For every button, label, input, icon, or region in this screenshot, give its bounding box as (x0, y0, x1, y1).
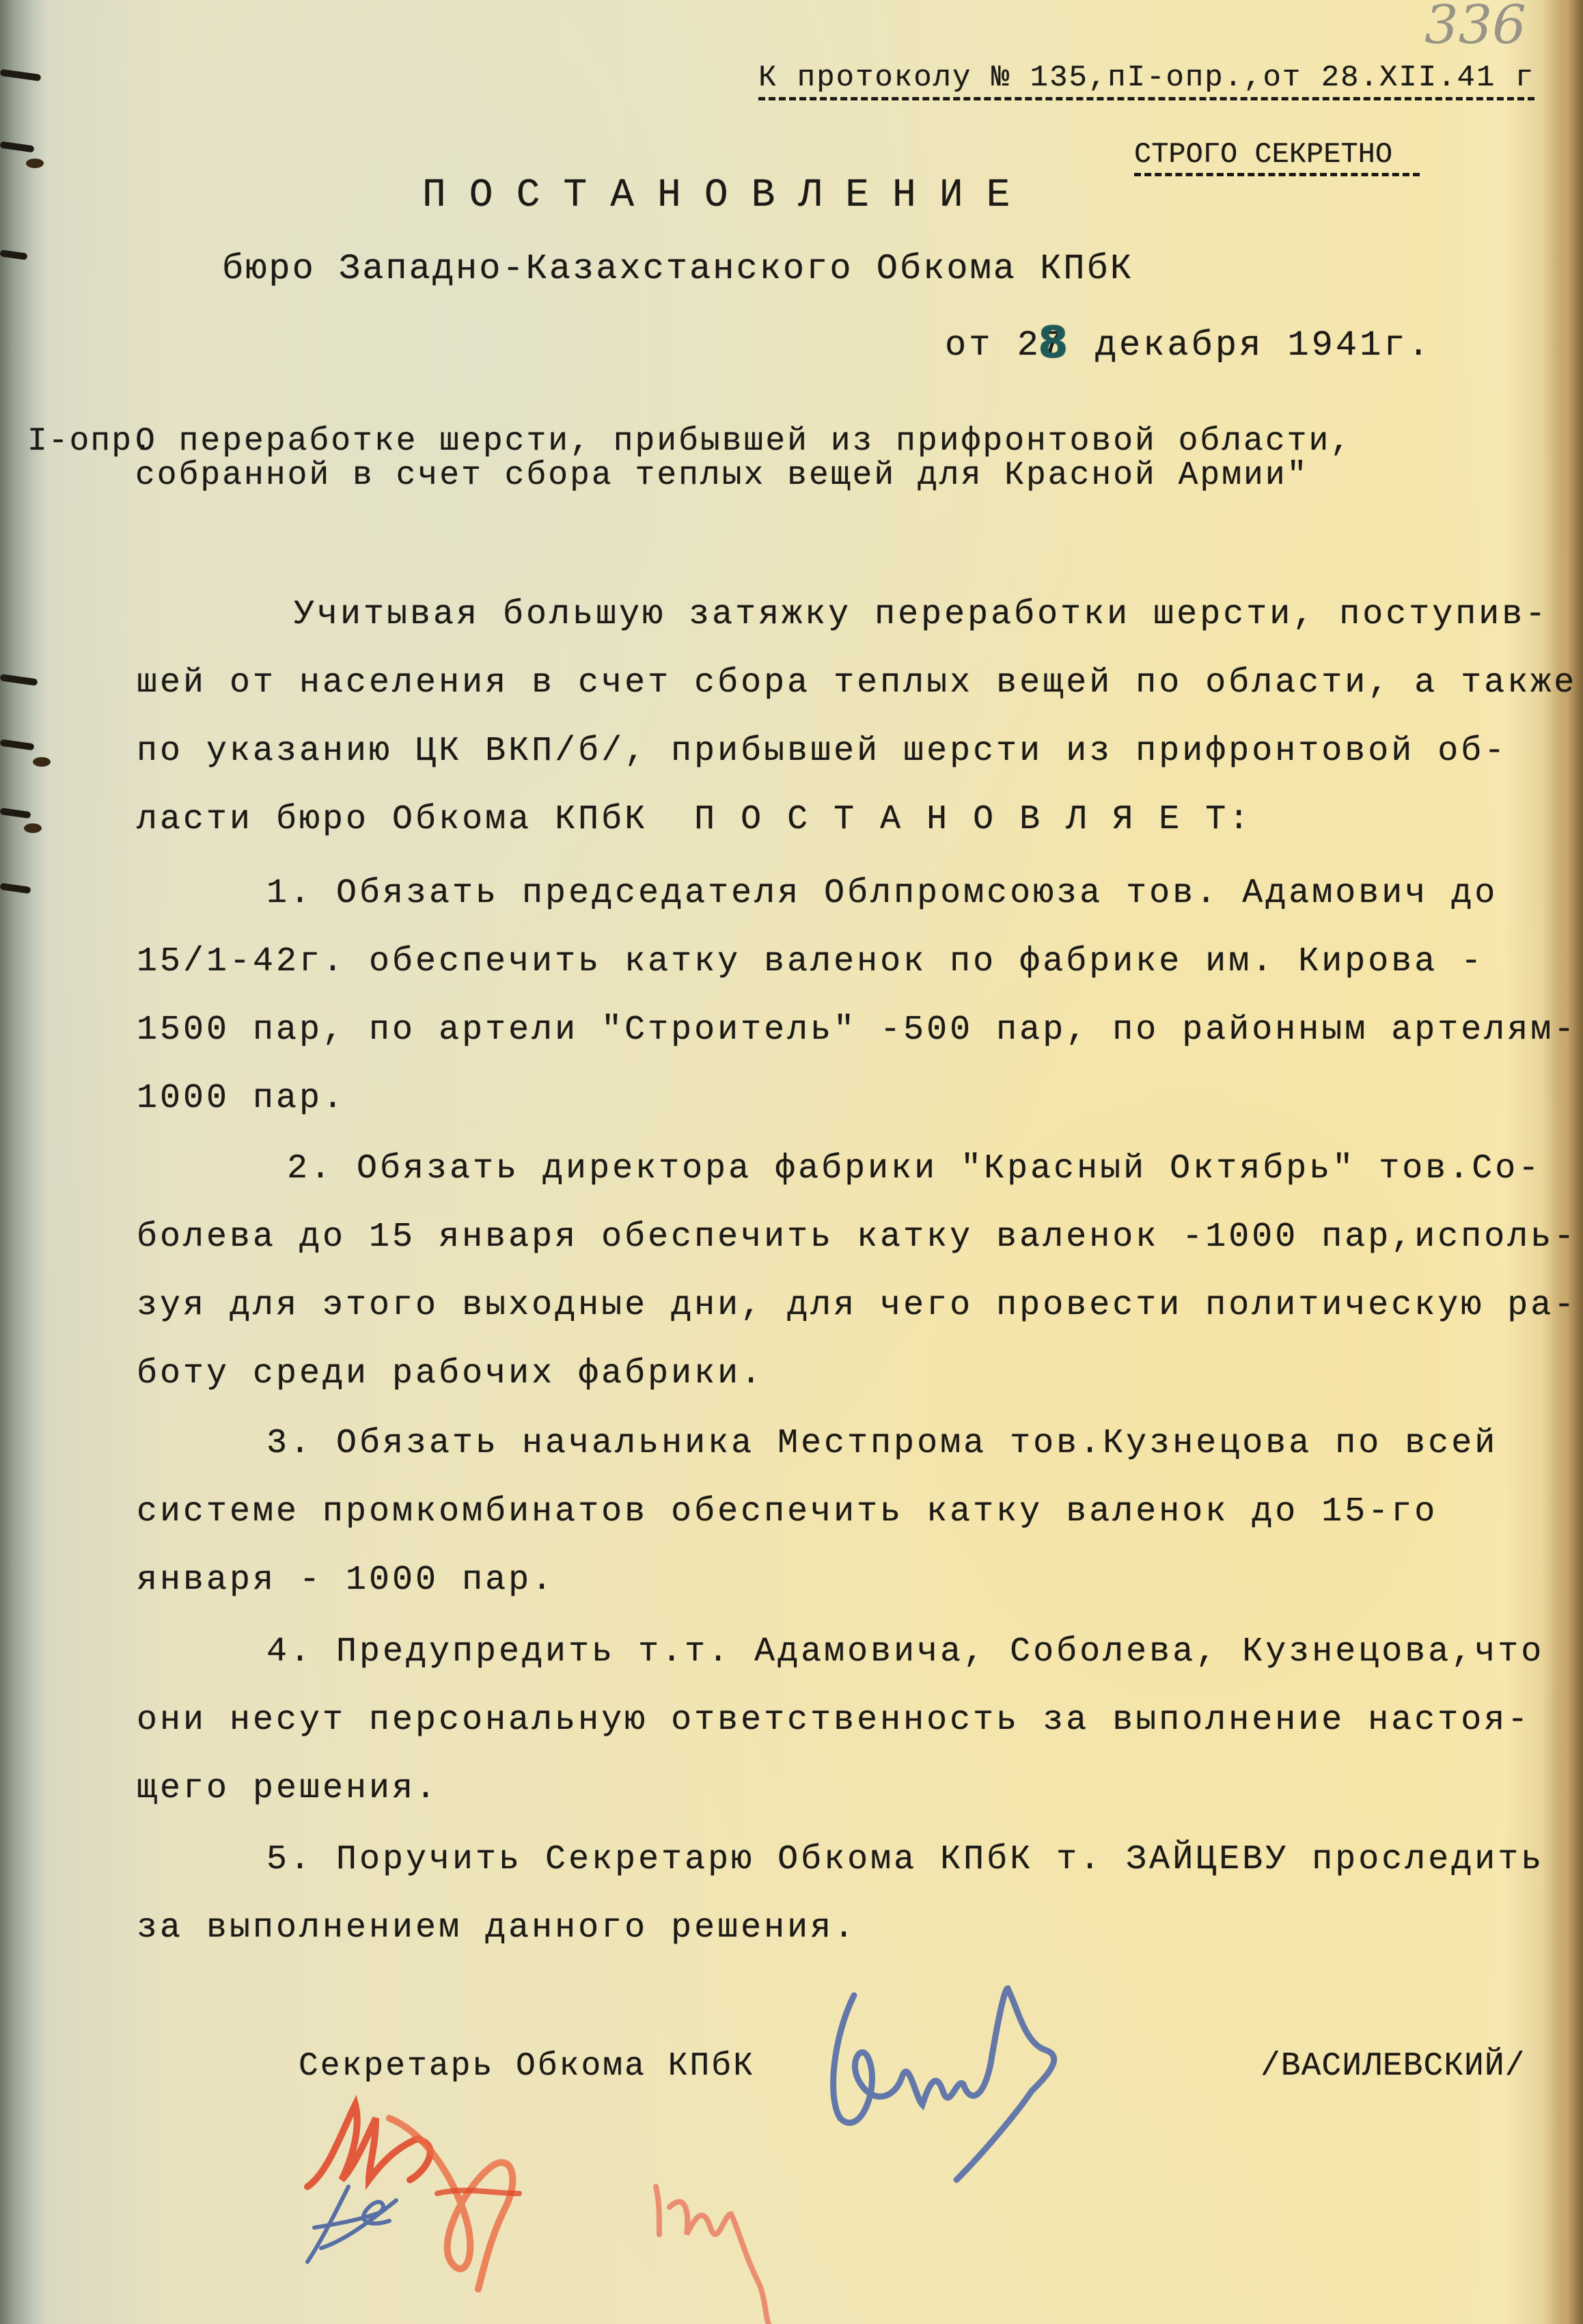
preamble-line-2: шей от населения в счет сбора теплых вещ… (137, 666, 1577, 700)
binding-edge (0, 0, 48, 2324)
preamble-line-1: Учитывая большую затяжку переработки шер… (294, 598, 1548, 632)
signatory-role: Секретарь Обкома КПбК (299, 2050, 755, 2083)
date-rest: декабря 1941г. (1095, 325, 1432, 366)
clause-4-line-3: щего решения. (137, 1772, 439, 1806)
clause-3-line-1: 3. Обязать начальника Местпрома тов.Кузн… (266, 1427, 1498, 1461)
clause-1-line-3: 1500 пар, по артели "Строитель" -500 пар… (137, 1013, 1577, 1048)
issuer-line: бюро Западно-Казахстанского Обкома КПбК (222, 251, 1133, 287)
clause-3-line-3: января - 1000 пар. (137, 1563, 555, 1598)
clause-3-line-2: системе промкомбинатов обеспечить катку … (137, 1495, 1437, 1529)
clause-1-line-2: 15/1-42г. обеспечить катку валенок по фа… (137, 945, 1484, 979)
blue-initials (294, 2146, 430, 2282)
clause-1-line-4: 1000 пар. (137, 1082, 346, 1116)
archive-page-number: 336 (1424, 0, 1526, 56)
clause-2-line-2: болева до 15 января обеспечить катку вал… (137, 1220, 1577, 1255)
clause-2-line-3: зуя для этого выходные дни, для чего про… (137, 1289, 1577, 1323)
date-line: от 278 декабря 1941г. (945, 318, 1432, 364)
clause-2-line-4: боту среди рабочих фабрики. (137, 1357, 764, 1391)
document-sheet: 336 К протоколу № 135,пI-опр.,от 28.XII.… (0, 0, 1583, 2324)
clause-4-line-1: 4. Предупредить т.т. Адамовича, Соболева… (266, 1635, 1544, 1669)
subject-line-2: собранной в счет сбора теплых вещей для … (135, 459, 1308, 492)
clause-4-line-2: они несут персональную ответственность з… (137, 1704, 1530, 1738)
subject-line-1: О переработке шерсти, прибывшей из прифр… (135, 425, 1352, 458)
protocol-reference: К протоколу № 135,пI-опр.,от 28.XII.41 г (758, 63, 1534, 100)
preamble-line-3: по указанию ЦК ВКП/б/, прибывшей шерсти … (137, 735, 1507, 769)
classification-stamp: СТРОГО СЕКРЕТНО (1134, 140, 1420, 176)
date-day-handwritten-correction: 8 (1038, 318, 1071, 368)
preamble-line-4: ласти бюро Обкома КПбК П О С Т А Н О В Л… (137, 803, 1252, 837)
binding-hole (26, 159, 44, 168)
document-title: ПОСТАНОВЛЕНИЕ (422, 176, 1033, 216)
date-prefix: от (945, 325, 993, 366)
clause-2-line-1: 2. Обязать директора фабрики "Красный Ок… (287, 1152, 1541, 1186)
binding-hole (33, 757, 51, 767)
clause-1-line-1: 1. Обязать председателя Облпромсоюза тов… (266, 877, 1498, 911)
page-curl-edge (1542, 0, 1583, 2324)
binding-hole (24, 823, 42, 833)
clause-5-line-2: за выполнением данного решения. (137, 1911, 857, 1945)
signatory-name: /ВАСИЛЕВСКИЙ/ (1261, 2050, 1525, 2083)
clause-5-line-1: 5. Поручить Секретарю Обкома КПбК т. ЗАЙ… (266, 1843, 1544, 1877)
